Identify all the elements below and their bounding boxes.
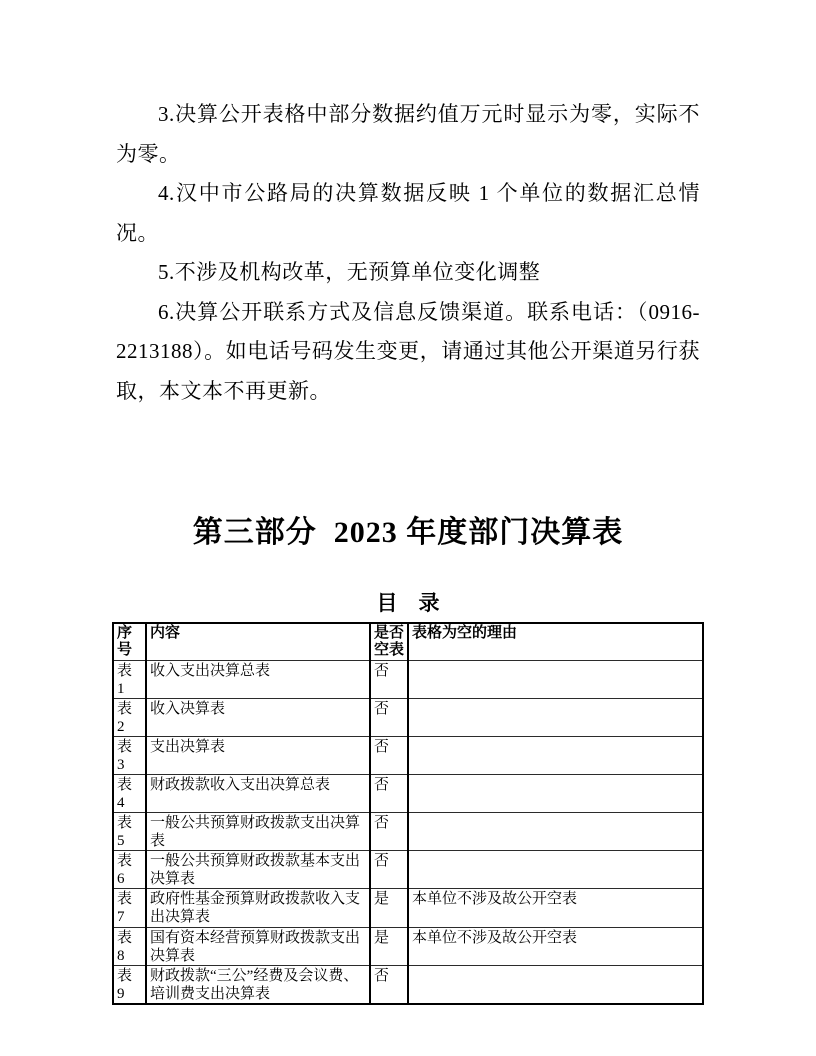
cell-empty: 否	[370, 774, 408, 812]
cell-reason	[408, 736, 703, 774]
cell-content: 收入支出决算总表	[146, 660, 370, 698]
cell-content: 国有资本经营预算财政拨款支出决算表	[146, 927, 370, 965]
table-row-6: 表 6 一般公共预算财政拨款基本支出决算表 否	[113, 850, 703, 888]
table-row-7: 表 7 政府性基金预算财政拨款收入支出决算表 是 本单位不涉及故公开空表	[113, 888, 703, 927]
page-content: 3.决算公开表格中部分数据约值万元时显示为零，实际不为零。 4.汉中市公路局的决…	[0, 0, 816, 618]
cell-content: 支出决算表	[146, 736, 370, 774]
cell-content: 财政拨款收入支出决算总表	[146, 774, 370, 812]
cell-reason	[408, 965, 703, 1004]
cell-empty: 是	[370, 927, 408, 965]
table-row-8: 表 8 国有资本经营预算财政拨款支出决算表 是 本单位不涉及故公开空表	[113, 927, 703, 965]
cell-reason	[408, 812, 703, 850]
cell-content: 一般公共预算财政拨款支出决算表	[146, 812, 370, 850]
cell-content: 收入决算表	[146, 698, 370, 736]
toc-table: 序号 内容 是否空表 表格为空的理由 表 1 收入支出决算总表 否 表 2 收入…	[112, 622, 704, 1005]
cell-empty: 否	[370, 736, 408, 774]
header-cell-reason: 表格为空的理由	[408, 623, 703, 660]
cell-no: 表 9	[113, 965, 146, 1004]
cell-content: 财政拨款“三公”经费及会议费、培训费支出决算表	[146, 965, 370, 1004]
body-paragraph-4: 4.汉中市公路局的决算数据反映 1 个单位的数据汇总情况。	[116, 174, 700, 253]
cell-reason: 本单位不涉及故公开空表	[408, 888, 703, 927]
section-title: 第三部分 2023 年度部门决算表	[116, 511, 700, 555]
table-row-9: 表 9 财政拨款“三公”经费及会议费、培训费支出决算表 否	[113, 965, 703, 1004]
cell-reason	[408, 660, 703, 698]
cell-no: 表 2	[113, 698, 146, 736]
cell-reason: 本单位不涉及故公开空表	[408, 927, 703, 965]
body-paragraph-6: 6.决算公开联系方式及信息反馈渠道。联系电话：（0916-2213188）。如电…	[116, 293, 700, 412]
toc-title: 目 录	[116, 588, 700, 618]
table-row-4: 表 4 财政拨款收入支出决算总表 否	[113, 774, 703, 812]
cell-no: 表 8	[113, 927, 146, 965]
cell-empty: 否	[370, 850, 408, 888]
table-row-3: 表 3 支出决算表 否	[113, 736, 703, 774]
cell-empty: 否	[370, 812, 408, 850]
cell-empty: 是	[370, 888, 408, 927]
table-row-1: 表 1 收入支出决算总表 否	[113, 660, 703, 698]
body-paragraph-5: 5.不涉及机构改革，无预算单位变化调整	[116, 253, 700, 293]
header-cell-no: 序号	[113, 623, 146, 660]
body-paragraph-3: 3.决算公开表格中部分数据约值万元时显示为零，实际不为零。	[116, 95, 700, 174]
cell-content: 一般公共预算财政拨款基本支出决算表	[146, 850, 370, 888]
cell-empty: 否	[370, 965, 408, 1004]
table-row-5: 表 5 一般公共预算财政拨款支出决算表 否	[113, 812, 703, 850]
cell-no: 表 6	[113, 850, 146, 888]
cell-empty: 否	[370, 698, 408, 736]
cell-empty: 否	[370, 660, 408, 698]
cell-no: 表 5	[113, 812, 146, 850]
cell-no: 表 1	[113, 660, 146, 698]
header-cell-empty: 是否空表	[370, 623, 408, 660]
cell-no: 表 7	[113, 888, 146, 927]
toc-header-row: 序号 内容 是否空表 表格为空的理由	[113, 623, 703, 660]
cell-content: 政府性基金预算财政拨款收入支出决算表	[146, 888, 370, 927]
cell-reason	[408, 698, 703, 736]
header-cell-content: 内容	[146, 623, 370, 660]
cell-no: 表 3	[113, 736, 146, 774]
document-page: 3.决算公开表格中部分数据约值万元时显示为零，实际不为零。 4.汉中市公路局的决…	[0, 0, 816, 1056]
table-row-2: 表 2 收入决算表 否	[113, 698, 703, 736]
cell-reason	[408, 774, 703, 812]
cell-no: 表 4	[113, 774, 146, 812]
cell-reason	[408, 850, 703, 888]
